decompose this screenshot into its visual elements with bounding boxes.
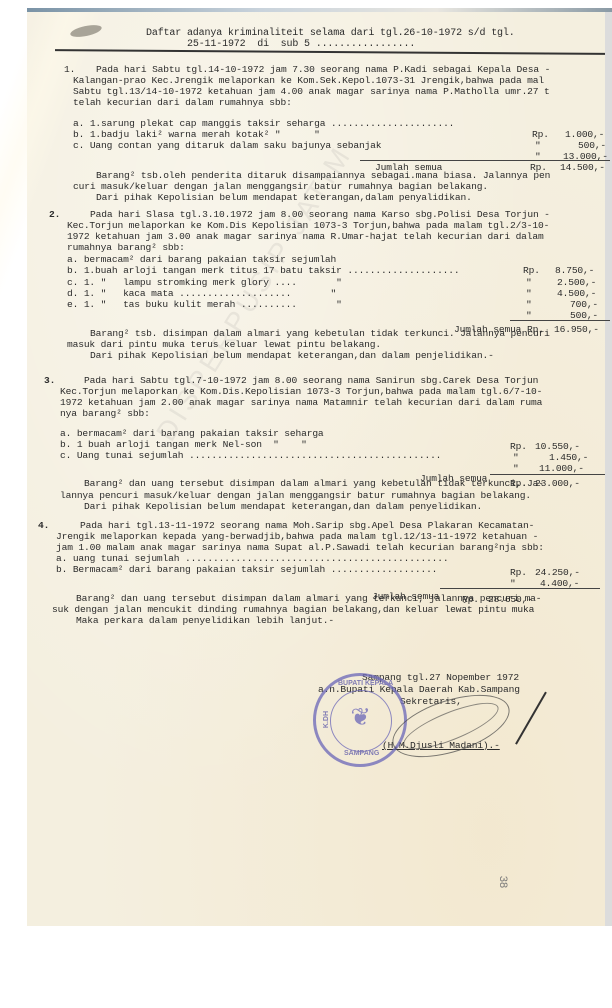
case-2-narrative: masuk dari pintu muka terus keluar lewat… [67,339,381,350]
case-4-number: 4. [38,520,49,531]
case-1-line: telah kecurian dari dalam rumahnya sbb: [73,97,292,108]
case-3-item-amount: 11.000,- [539,463,584,474]
case-1-item-currency: Rp. [532,129,549,140]
case-3-item-amount: 1.450,- [549,452,588,463]
case-2-narrative: Barang² tsb. disimpan dalam almari yang … [90,328,550,339]
garuda-emblem-icon: ❦ [340,698,380,738]
case-3-line: Kec.Torjun melaporkan ke Kom.Dis.Kepolis… [60,386,542,397]
case-2-item: e. 1. " tas buku kulit merah .......... … [67,299,342,310]
case-3-total-rule [490,474,605,475]
case-3-narrative: Barang² dan uang tersebut disimpan dalam… [84,478,544,489]
case-1-narrative: Barang² tsb.oleh penderita ditaruk disam… [96,170,550,181]
case-3-number: 3. [44,375,55,386]
case-4-line: Jrengik melaporkan kepada yang-berwadjib… [56,531,538,542]
case-2-item-currency: " [526,277,532,288]
page-number: 38 [497,876,509,888]
case-2-item-currency: Rp. [523,265,540,276]
case-3-item-amount: 10.550,- [535,441,580,452]
header-line-2: 25-11-1972 di sub 5 ................. [187,39,415,50]
case-3-item: b. 1 buah arloji tangan merk Nel-son " " [60,439,307,450]
case-3-line: 1972 ketahuan jam 2.00 anak magar sariny… [60,397,542,408]
case-4-item: b. Bermacam² dari barang pakaian taksir … [56,564,437,575]
case-2-line: Pada hari Slasa tgl.3.10.1972 jam 8.00 s… [90,209,550,220]
case-1-narrative: Dari pihak Kepolisian belum mendapat ket… [96,192,472,203]
case-2-line: rumahnya barang² sbb: [67,242,185,253]
stamp-bottom-text: SAMPANG [344,750,379,757]
case-2-item: d. 1. " kaca mata .................... " [67,288,336,299]
case-4-item: a. uang tunai sejumlah .................… [56,553,449,564]
header-line-1: Daftar adanya kriminaliteit selama dari … [146,28,515,39]
case-2-item: a. bermacam² dari barang pakaian taksir … [67,254,336,265]
case-4-line: Pada hari tgl.13-11-1972 seorang nama Mo… [80,520,534,531]
case-2-line: Kec.Torjun melaporkan ke Kom.Dis Kepolis… [67,220,549,231]
case-1-narrative: curi masuk/keluar dengan jalan menggangs… [73,181,488,192]
page-edge [605,12,612,926]
case-1-line: Pada hari Sabtu tgl.14-10-1972 jam 7.30 … [96,64,550,75]
case-1-total-rule [360,160,610,161]
official-stamp: ❦ BUPATI KEPALA SAMPANG K.DH [313,673,407,767]
case-3-narrative: lannya pencuri masuk/keluar dengan jalan… [60,490,531,501]
case-4-total-rule [440,588,600,589]
case-1-item-currency: " [535,140,541,151]
case-2-total: 16.950,- [554,324,599,335]
case-3-item: a. bermacam² dari barang pakaian taksir … [60,428,324,439]
case-3-item-currency: Rp. [510,441,527,452]
case-4-narrative: Barang² dan uang tersebut disimpan dalam… [76,593,541,604]
case-2-item: b. 1.buah arloji tangan merk titus 17 ba… [67,265,460,276]
case-1-item-amount: 1.000,- [565,129,604,140]
case-2-number: 2. [49,209,60,220]
case-1-line: Sabtu tgl.13/14-10-1972 ketahuan jam 4.0… [73,86,550,97]
case-4-line: jam 1.00 malam anak magar sarinya nama S… [56,542,544,553]
case-2-line: 1972 ketahuan jam 3.00 anak magar sariny… [67,231,544,242]
case-1-line: Kalangan-prao Kec.Jrengik melaporkan ke … [73,75,544,86]
stamp-top-text: BUPATI KEPALA [338,680,393,687]
case-2-item-amount: 4.500,- [557,288,596,299]
case-3-item: c. Uang tunai sejumlah .................… [60,450,441,461]
case-2-item-currency: " [526,288,532,299]
case-3-item-currency: " [513,452,519,463]
case-1-item: a. 1.sarung plekat cap manggis taksir se… [73,118,454,129]
case-3-item-currency: " [513,463,519,474]
case-1-item-amount: 500,- [578,140,606,151]
case-2-item-amount: 700,- [570,299,598,310]
case-2-narrative: Dari pihak Kepolisian belum mendapat ket… [90,350,494,361]
case-2-item: c. 1. " lampu stromking merk glory .... … [67,277,342,288]
case-1-total: 14.500,- [560,162,605,173]
case-2-item-currency: " [526,299,532,310]
case-4-item-currency: Rp. [510,567,527,578]
case-4-narrative: suk dengan jalan mencukit dinding rumahn… [52,604,534,615]
case-1-item: b. 1.badju laki² warna merah kotak² " " [73,129,320,140]
case-2-item-amount: 8.750,- [555,265,594,276]
case-1-number: 1. [64,64,75,75]
case-2-total-rule [510,320,610,321]
stamp-side-text: K.DH [323,711,330,728]
case-3-line: Pada hari Sabtu tgl.7-10-1972 jam 8.00 s… [84,375,538,386]
case-4-item-amount: 24.250,- [535,567,580,578]
case-1-item: c. Uang contan yang ditaruk dalam saku b… [73,140,381,151]
case-3-line: nya barang² sbb: [60,408,150,419]
case-2-item-amount: 2.500,- [557,277,596,288]
case-3-narrative: Dari pihak Kepolisian belum mendapat ket… [84,501,482,512]
case-4-narrative: Maka perkara dalam penyelidikan lebih la… [76,615,334,626]
